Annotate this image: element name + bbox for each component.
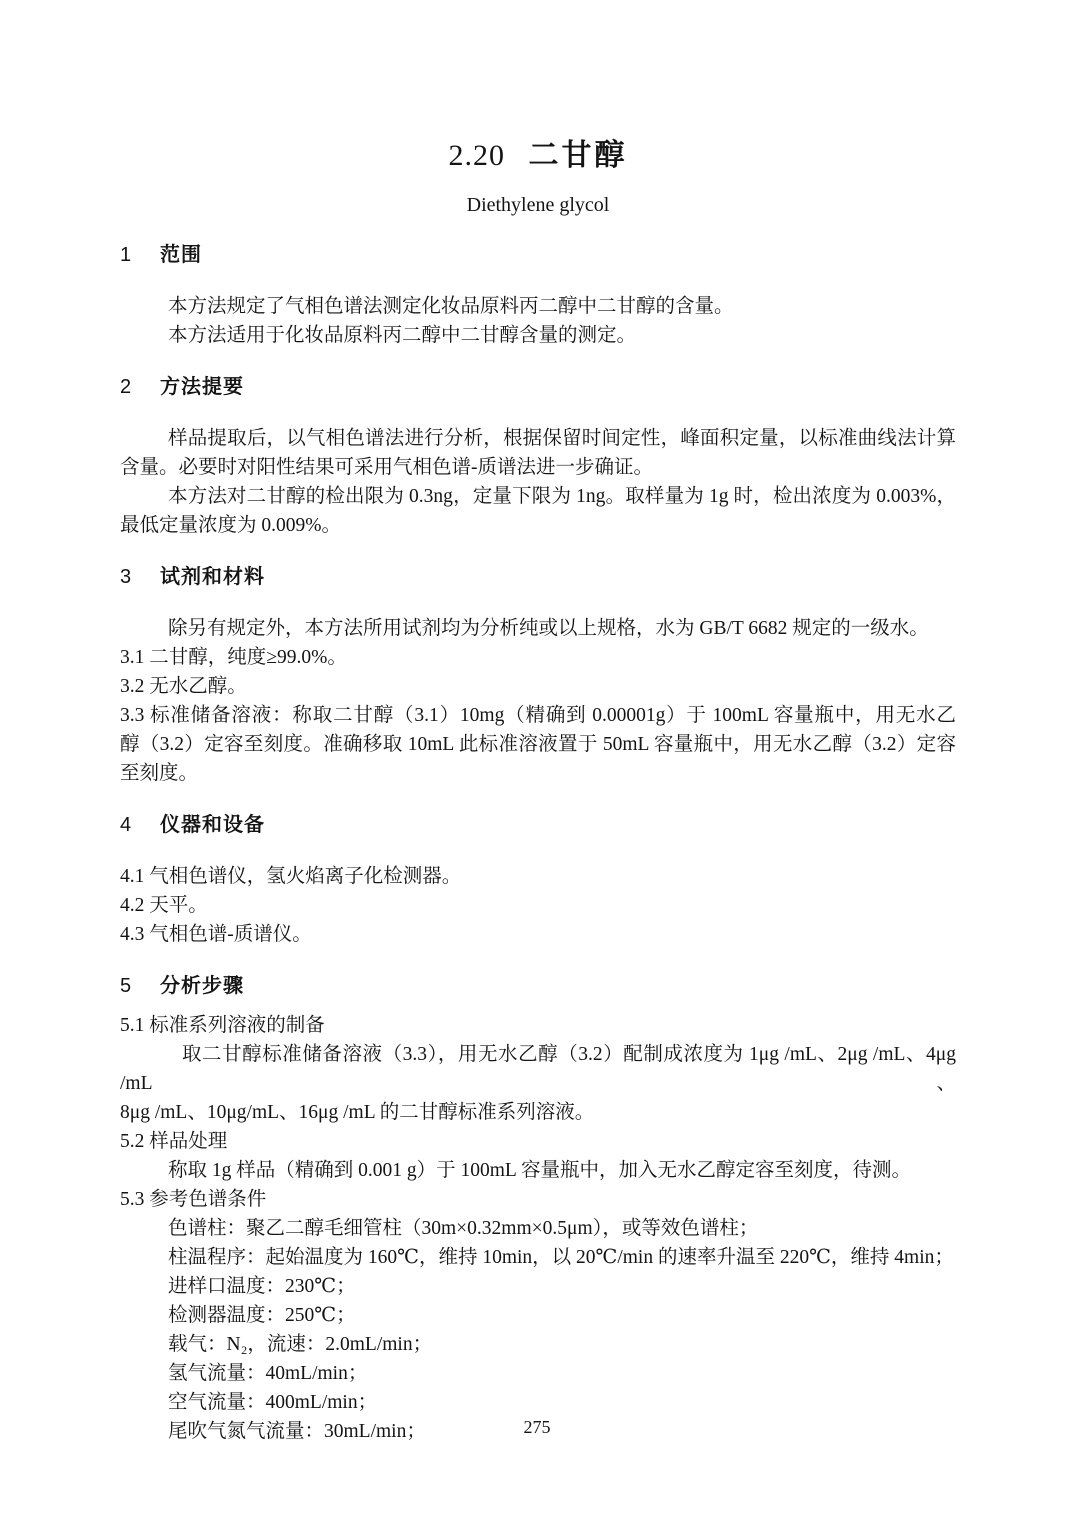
text-line: 除另有规定外，本方法所用试剂均为分析纯或以上规格，水为 GB/T 6682 规定… [120,614,956,643]
text-line: 5.3 参考色谱条件 [120,1185,956,1214]
section-number: 4 [120,812,160,838]
section-scope: 1 范围 本方法规定了气相色谱法测定化妆品原料丙二醇中二甘醇的含量。 本方法适用… [120,242,956,350]
text-line: 色谱柱：聚乙二醇毛细管柱（30m×0.32mm×0.5μm），或等效色谱柱； [120,1214,956,1243]
section-number: 1 [120,242,160,268]
section-number: 5 [120,973,160,999]
section-title: 方法提要 [160,374,244,400]
text-line: 3.1 二甘醇，纯度≥99.0%。 [120,643,956,672]
document-subtitle: Diethylene glycol [120,193,956,218]
text-line: 检测器温度：250℃； [120,1301,956,1330]
section-heading: 1 范围 [120,242,956,268]
text-line: 空气流量：400mL/min； [120,1388,956,1417]
section-title: 仪器和设备 [160,812,265,838]
text-line: 含量。必要时对阳性结果可采用气相色谱-质谱法进一步确证。 [120,453,956,482]
text-line: 载气：N₂，流速：2.0mL/min； [120,1330,956,1359]
text-line: 3.2 无水乙醇。 [120,672,956,701]
text-line: 5.2 样品处理 [120,1127,956,1156]
section-heading: 4 仪器和设备 [120,812,956,838]
section-title: 分析步骤 [160,973,244,999]
text-line: 醇（3.2）定容至刻度。准确移取 10mL 此标准溶液置于 50mL 容量瓶中，… [120,730,956,759]
text-line: 4.2 天平。 [120,891,956,920]
text-line: 氢气流量：40mL/min； [120,1359,956,1388]
section-analysis-procedure: 5 分析步骤 5.1 标准系列溶液的制备 取二甘醇标准储备溶液（3.3），用无水… [120,973,956,1446]
document-page: 2.20 二甘醇 Diethylene glycol 1 范围 本方法规定了气相… [0,0,1074,1520]
section-heading: 3 试剂和材料 [120,564,956,590]
document-title: 2.20 二甘醇 [120,136,956,176]
text-line: 4.1 气相色谱仪，氢火焰离子化检测器。 [120,862,956,891]
text-line: 本方法对二甘醇的检出限为 0.3ng，定量下限为 1ng。取样量为 1g 时，检… [120,482,956,511]
text-line: 至刻度。 [120,759,956,788]
text-line: 最低定量浓度为 0.009%。 [120,511,956,540]
text-line: 样品提取后，以气相色谱法进行分析，根据保留时间定性，峰面积定量，以标准曲线法计算 [120,424,956,453]
text-line: 3.3 标准储备溶液：称取二甘醇（3.1）10mg（精确到 0.00001g）于… [120,701,956,730]
text-line: 4.3 气相色谱-质谱仪。 [120,920,956,949]
text-line: 取二甘醇标准储备溶液（3.3），用无水乙醇（3.2）配制成浓度为 1μg /mL… [120,1040,956,1098]
section-instruments-equipment: 4 仪器和设备 4.1 气相色谱仪，氢火焰离子化检测器。 4.2 天平。 4.3… [120,812,956,949]
text-line: 本方法适用于化妆品原料丙二醇中二甘醇含量的测定。 [120,321,956,350]
section-number: 3 [120,564,160,590]
document-content: 2.20 二甘醇 Diethylene glycol 1 范围 本方法规定了气相… [120,0,956,1446]
text-line: 进样口温度：230℃； [120,1272,956,1301]
section-reagents-materials: 3 试剂和材料 除另有规定外，本方法所用试剂均为分析纯或以上规格，水为 GB/T… [120,564,956,788]
document-title-number: 2.20 [449,139,506,172]
section-title: 范围 [160,242,202,268]
page-number: 275 [0,1415,1074,1439]
section-heading: 2 方法提要 [120,374,956,400]
text-line: 柱温程序：起始温度为 160℃，维持 10min，以 20℃/min 的速率升温… [120,1243,956,1272]
text-line: 称取 1g 样品（精确到 0.001 g）于 100mL 容量瓶中，加入无水乙醇… [120,1156,956,1185]
section-method-summary: 2 方法提要 样品提取后，以气相色谱法进行分析，根据保留时间定性，峰面积定量，以… [120,374,956,540]
section-number: 2 [120,374,160,400]
text-line: 5.1 标准系列溶液的制备 [120,1011,956,1040]
text-line: 8μg /mL、10μg/mL、16μg /mL 的二甘醇标准系列溶液。 [120,1098,956,1127]
document-title-text: 二甘醇 [529,139,628,172]
text-line: 本方法规定了气相色谱法测定化妆品原料丙二醇中二甘醇的含量。 [120,292,956,321]
section-heading: 5 分析步骤 [120,973,956,999]
section-title: 试剂和材料 [160,564,265,590]
